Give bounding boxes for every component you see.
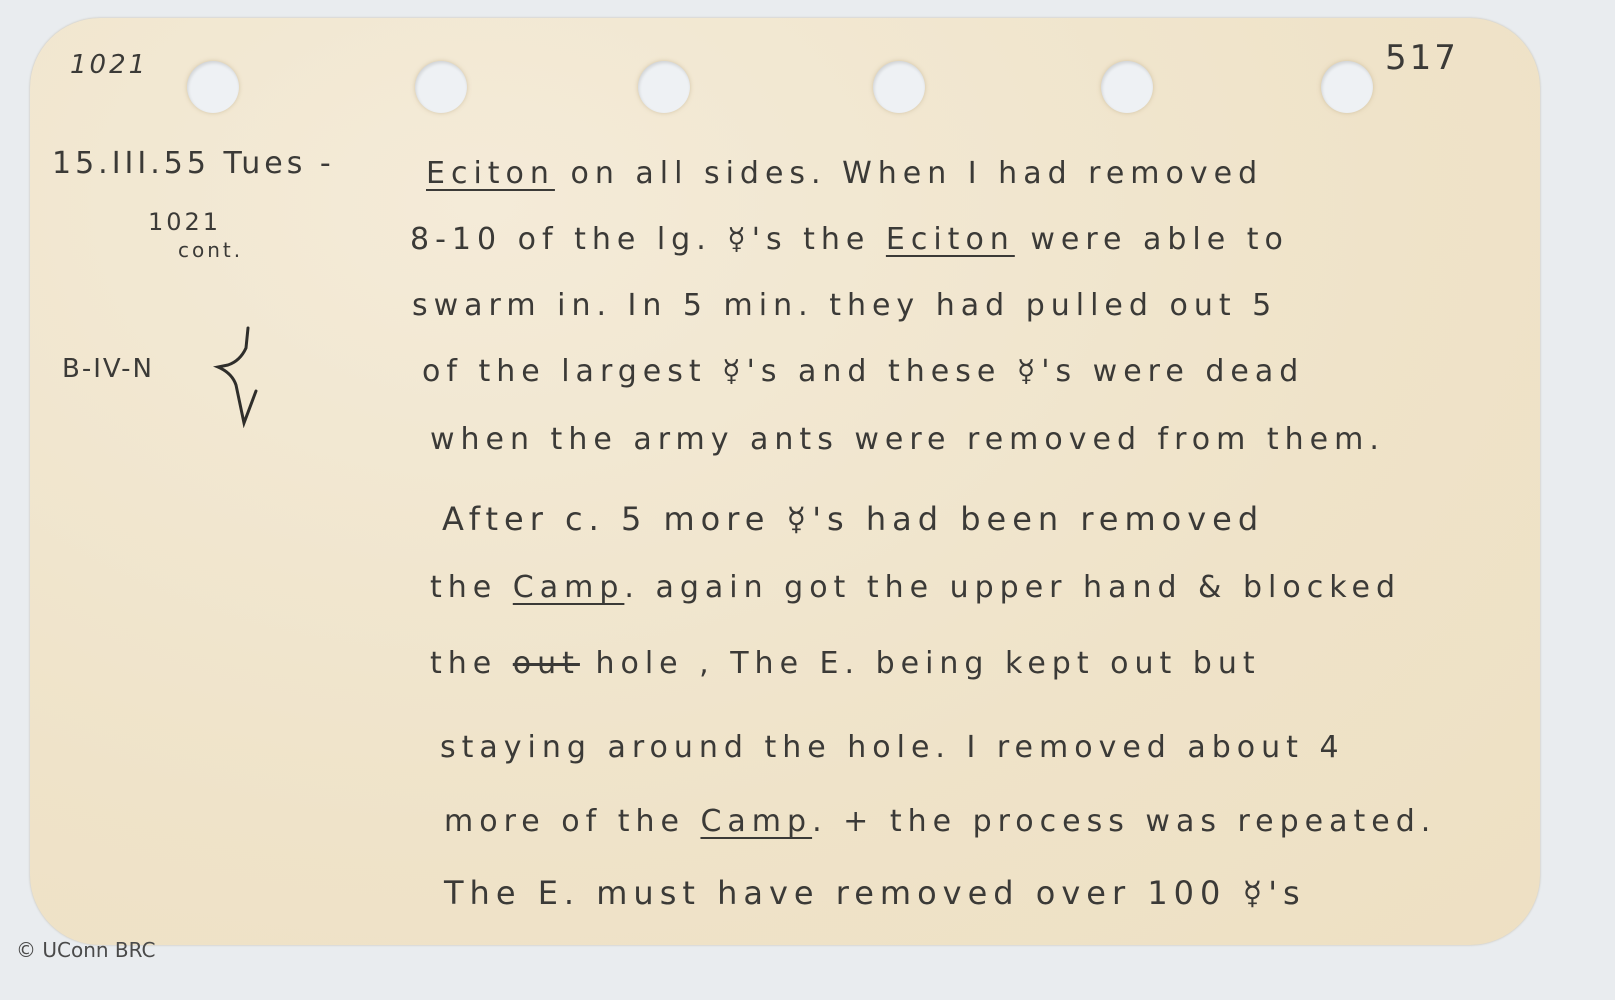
entry-line: staying around the hole. I removed about…: [440, 730, 1345, 765]
line-text: swarm in. In 5 min. they had pulled out …: [412, 288, 1277, 323]
entry-line: of the largest ☿'s and these ☿'s were de…: [422, 354, 1304, 389]
index-card: 1021 517 15.III.55 Tues - 1021 cont. B-I…: [30, 18, 1540, 945]
line-text: After c. 5 more ☿'s had been removed: [442, 500, 1264, 538]
struck-word: out: [513, 646, 580, 681]
entry-line: more of the Camp. + the process was repe…: [444, 804, 1436, 839]
line-text: 8-10 of the lg. ☿'s the: [410, 222, 886, 257]
journal-entry: Eciton on all sides. When I had removed …: [30, 18, 1540, 945]
copyright-notice: © UConn BRC: [16, 938, 156, 962]
line-text: . again got the upper hand & blocked: [624, 570, 1401, 605]
entry-line: the Camp. again got the upper hand & blo…: [430, 570, 1401, 605]
entry-line: 8-10 of the lg. ☿'s the Eciton were able…: [410, 222, 1289, 257]
line-text: were able to: [1015, 222, 1289, 257]
line-text: . + the process was repeated.: [812, 804, 1436, 839]
entry-line: the out hole , The E. being kept out but: [430, 646, 1261, 681]
entry-line: Eciton on all sides. When I had removed: [426, 156, 1263, 191]
genus-camponotus: Camp: [513, 570, 625, 605]
entry-line: when the army ants were removed from the…: [430, 422, 1385, 457]
line-text: on all sides. When I had removed: [555, 156, 1263, 191]
genus-eciton: Eciton: [886, 222, 1015, 257]
entry-line: After c. 5 more ☿'s had been removed: [442, 500, 1264, 538]
line-text: the: [430, 646, 513, 681]
line-text: The E. must have removed over 100 ☿'s: [444, 874, 1306, 912]
line-text: more of the: [444, 804, 700, 839]
line-text: the: [430, 570, 513, 605]
line-text: when the army ants were removed from the…: [430, 422, 1385, 457]
line-text: staying around the hole. I removed about…: [440, 730, 1345, 765]
entry-line: swarm in. In 5 min. they had pulled out …: [412, 288, 1277, 323]
genus-camponotus: Camp: [700, 804, 812, 839]
genus-eciton: Eciton: [426, 156, 555, 191]
entry-line: The E. must have removed over 100 ☿'s: [444, 874, 1306, 912]
line-text: of the largest ☿'s and these ☿'s were de…: [422, 354, 1304, 389]
line-text: hole , The E. being kept out but: [580, 646, 1261, 681]
